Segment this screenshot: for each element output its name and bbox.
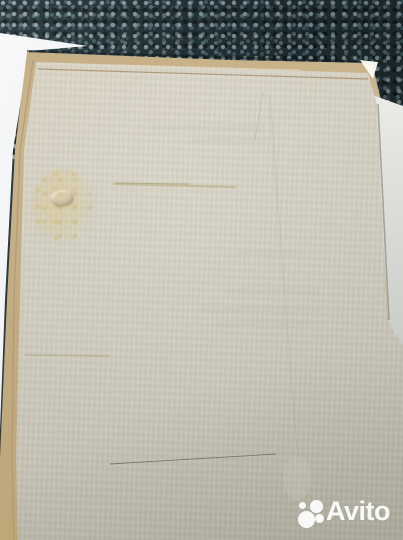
avito-logo-circle-small — [299, 502, 306, 509]
avito-watermark-text: Avito — [326, 498, 390, 525]
avito-logo-circle-medium — [310, 500, 323, 513]
avito-logo-circle-tiny — [315, 514, 324, 523]
crease-and-edge-lines — [0, 0, 403, 540]
photo-frame: Avito — [0, 0, 403, 540]
avito-logo-circle-large — [298, 511, 315, 528]
avito-watermark: Avito — [293, 487, 403, 535]
